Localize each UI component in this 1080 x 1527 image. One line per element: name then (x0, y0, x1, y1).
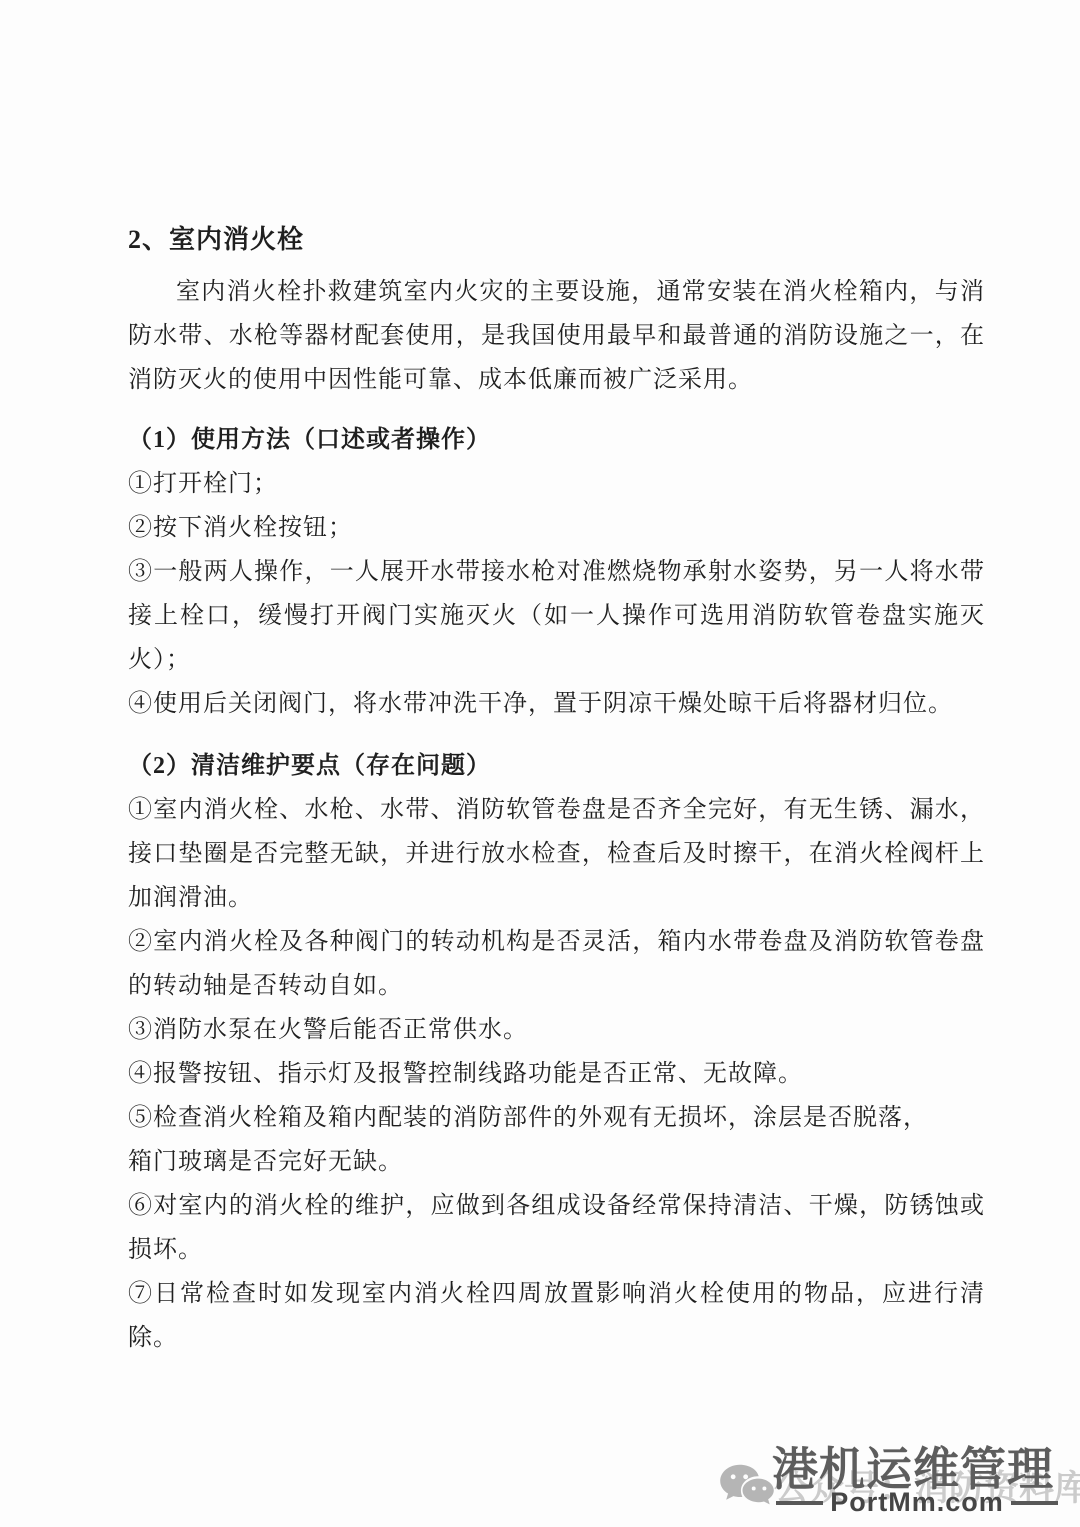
list-item: ⑤检查消火栓箱及箱内配装的消防部件的外观有无损坏，涂层是否脱落， 箱门玻璃是否完… (128, 1096, 985, 1184)
document-content: 2、室内消火栓 室内消火栓扑救建筑室内火灾的主要设施，通常安装在消火栓箱内，与消… (128, 218, 985, 1360)
list-item: ②室内消火栓及各种阀门的转动机构是否灵活，箱内水带卷盘及消防软管卷盘的转动轴是否… (128, 920, 985, 1008)
list-item: ⑦日常检查时如发现室内消火栓四周放置影响消火栓使用的物品，应进行清除。 (128, 1272, 985, 1360)
divider-line-left (776, 1501, 823, 1505)
list-item: ①打开栓门； (128, 462, 985, 506)
list-item: ③消防水泵在火警后能否正常供水。 (128, 1008, 985, 1052)
list-item: ②按下消火栓按钮； (128, 506, 985, 550)
page-title: 2、室内消火栓 (128, 218, 985, 262)
subsection-heading-usage: （1）使用方法（口述或者操作） (128, 418, 985, 462)
document-page: 2、室内消火栓 室内消火栓扑救建筑室内火灾的主要设施，通常安装在消火栓箱内，与消… (0, 0, 1080, 1527)
watermark-domain-text: PortMm.com (830, 1487, 1004, 1518)
list-item: ③一般两人操作，一人展开水带接水枪对准燃烧物承射水姿势，另一人将水带接上栓口，缓… (128, 550, 985, 682)
watermark: 公众号：消防资料库 港机运维管理 PortMm.com (718, 1435, 1068, 1523)
divider-line-right (1011, 1501, 1058, 1505)
wechat-icon (718, 1463, 776, 1518)
list-item: ④报警按钮、指示灯及报警控制线路功能是否正常、无故障。 (128, 1052, 985, 1096)
intro-paragraph: 室内消火栓扑救建筑室内火灾的主要设施，通常安装在消火栓箱内，与消防水带、水枪等器… (128, 270, 985, 402)
watermark-domain-row: PortMm.com (776, 1487, 1058, 1518)
subsection-heading-maintenance: （2）清洁维护要点（存在问题） (128, 744, 985, 788)
list-item: ①室内消火栓、水枪、水带、消防软管卷盘是否齐全完好，有无生锈、漏水，接口垫圈是否… (128, 788, 985, 920)
list-item: ⑥对室内的消火栓的维护，应做到各组成设备经常保持清洁、干燥，防锈蚀或损坏。 (128, 1184, 985, 1272)
list-item: ④使用后关闭阀门，将水带冲洗干净，置于阴凉干燥处晾干后将器材归位。 (128, 682, 985, 726)
